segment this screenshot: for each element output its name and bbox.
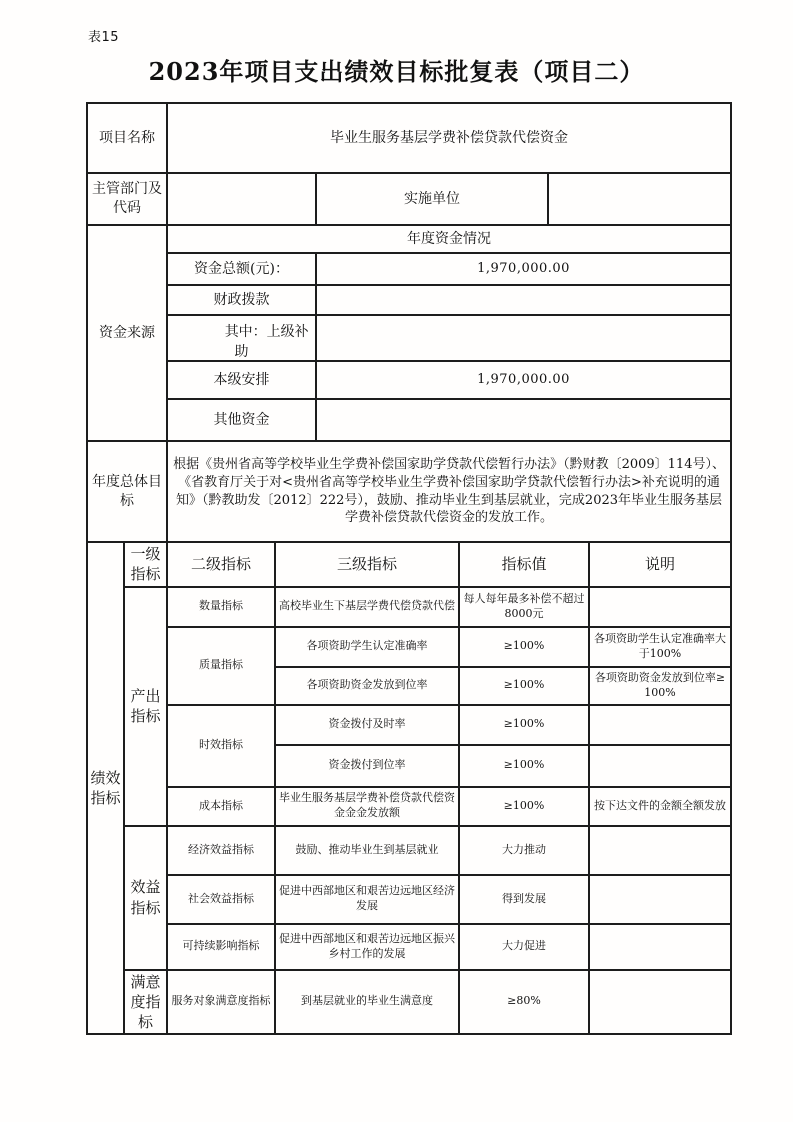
indicator-l3: 资金拨付及时率	[275, 705, 459, 745]
indicator-l2: 经济效益指标	[167, 826, 275, 875]
project-name-label: 项目名称	[87, 103, 167, 173]
header-level1: 一级指标	[124, 542, 167, 587]
funding-section-label: 资金来源	[87, 225, 167, 441]
indicator-l2: 可持续影响指标	[167, 924, 275, 970]
indicator-l3: 促进中西部地区和艰苦边远地区振兴乡村工作的发展	[275, 924, 459, 970]
indicator-note	[589, 875, 731, 924]
group-benefit-label: 效益指标	[124, 826, 167, 970]
dept-code-label: 主管部门及代码	[87, 173, 167, 225]
funding-own-level-value: 1,970,000.00	[316, 361, 731, 399]
funding-own-level-label: 本级安排	[167, 361, 316, 399]
indicator-note	[589, 587, 731, 627]
document-title: 2023年项目支出绩效目标批复表（项目二）	[0, 52, 793, 87]
funding-upper-subsidy-text: 其中：上级补助	[170, 317, 313, 359]
impl-unit-value	[548, 173, 731, 225]
indicator-l2: 社会效益指标	[167, 875, 275, 924]
indicator-value: ≥100%	[459, 667, 589, 705]
funding-upper-subsidy-value	[316, 315, 731, 361]
indicator-value: ≥80%	[459, 970, 589, 1035]
header-level3: 三级指标	[275, 542, 459, 587]
funding-upper-subsidy-label: 其中：上级补助	[167, 315, 316, 361]
indicator-l3: 鼓励、推动毕业生到基层就业	[275, 826, 459, 875]
indicator-l3: 各项资助资金发放到位率	[275, 667, 459, 705]
indicator-l2: 质量指标	[167, 627, 275, 705]
approval-table: 项目名称 毕业生服务基层学费补偿贷款代偿资金 主管部门及代码 实施单位 资金来源…	[86, 102, 732, 1035]
funding-year-header: 年度资金情况	[167, 225, 731, 253]
indicator-l2: 服务对象满意度指标	[167, 970, 275, 1035]
indicator-value: ≥100%	[459, 787, 589, 826]
indicator-l3: 促进中西部地区和艰苦边远地区经济发展	[275, 875, 459, 924]
document-page: 表15 2023年项目支出绩效目标批复表（项目二） 项目名称 毕业生服务基层学费…	[0, 0, 793, 1122]
indicator-value: 大力推动	[459, 826, 589, 875]
indicator-note	[589, 924, 731, 970]
funding-other-label: 其他资金	[167, 399, 316, 441]
indicator-value: ≥100%	[459, 745, 589, 787]
header-value: 指标值	[459, 542, 589, 587]
funding-fiscal-value	[316, 285, 731, 315]
indicator-note	[589, 826, 731, 875]
indicator-value: 每人每年最多补偿不超过8000元	[459, 587, 589, 627]
performance-section-label: 绩效指标	[87, 542, 124, 1034]
annual-goal-label: 年度总体目标	[87, 441, 167, 542]
header-level2: 二级指标	[167, 542, 275, 587]
indicator-l2: 时效指标	[167, 705, 275, 787]
impl-unit-label: 实施单位	[316, 173, 548, 225]
indicator-l3: 高校毕业生下基层学费代偿贷款代偿	[275, 587, 459, 627]
indicator-l3: 各项资助学生认定准确率	[275, 627, 459, 667]
indicator-note	[589, 745, 731, 787]
indicator-note: 各项资助资金发放到位率≥100%	[589, 667, 731, 705]
indicator-l3: 资金拨付到位率	[275, 745, 459, 787]
project-name-value: 毕业生服务基层学费补偿贷款代偿资金	[167, 103, 731, 173]
indicator-l2: 成本指标	[167, 787, 275, 826]
indicator-note	[589, 705, 731, 745]
funding-fiscal-label: 财政拨款	[167, 285, 316, 315]
indicator-l3: 毕业生服务基层学费补偿贷款代偿资金金金发放额	[275, 787, 459, 826]
indicator-value: ≥100%	[459, 627, 589, 667]
indicator-l2: 数量指标	[167, 587, 275, 627]
table-number-tag: 表15	[88, 26, 119, 45]
indicator-note: 各项资助学生认定准确率大于100%	[589, 627, 731, 667]
indicator-value: 大力促进	[459, 924, 589, 970]
indicator-value: ≥100%	[459, 705, 589, 745]
funding-other-value	[316, 399, 731, 441]
indicator-l3: 到基层就业的毕业生满意度	[275, 970, 459, 1035]
indicator-value: 得到发展	[459, 875, 589, 924]
indicator-note	[589, 970, 731, 1035]
dept-code-value	[167, 173, 316, 225]
funding-total-value: 1,970,000.00	[316, 253, 731, 285]
indicator-note: 按下达文件的金额全额发放	[589, 787, 731, 826]
funding-total-label: 资金总额(元)：	[167, 253, 316, 285]
header-note: 说明	[589, 542, 731, 587]
group-satisfaction-label: 满意度指标	[124, 970, 167, 1035]
annual-goal-text: 根据《贵州省高等学校毕业生学费补偿国家助学贷款代偿暂行办法》（黔财教〔2009〕…	[167, 441, 731, 542]
group-output-label: 产出指标	[124, 587, 167, 826]
